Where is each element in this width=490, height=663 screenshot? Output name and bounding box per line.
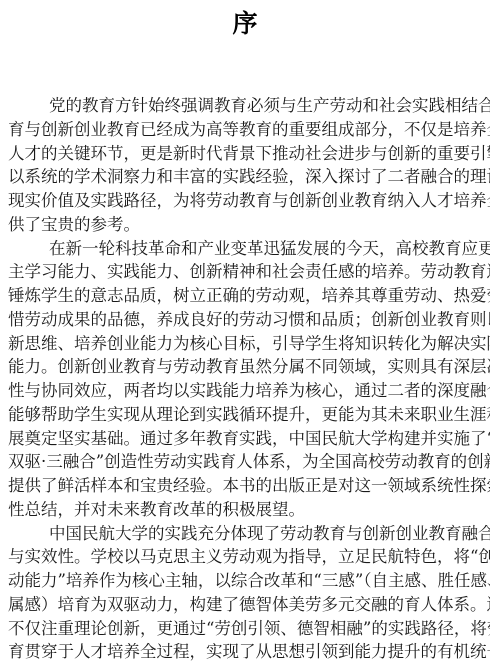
text-line: 党的教育方针始终强调教育必须与生产劳动和社会实践相结合。劳动教 (8, 94, 484, 118)
text-line: 能够帮助学生实现从理论到实践循环提升，更能为其未来职业生涯和社会发 (8, 403, 484, 427)
text-line: 不仅注重理论创新，更通过“劳创引领、德智相融”的实践路径，将劳动教 (8, 617, 484, 641)
text-line: 主学习能力、实践能力、创新精神和社会责任感的培养。劳动教育通过实践 (8, 260, 484, 284)
paragraph-1: 党的教育方针始终强调教育必须与生产劳动和社会实践相结合。劳动教 育与创新创业教育… (8, 94, 484, 237)
text-line: 以系统的学术洞察力和丰富的实践经验，深入探讨了二者融合的理论基础、 (8, 165, 484, 189)
paragraph-2: 在新一轮科技革命和产业变革迅猛发展的今天，高校教育应更加注重自 主学习能力、实践… (8, 237, 484, 522)
document-body: 党的教育方针始终强调教育必须与生产劳动和社会实践相结合。劳动教 育与创新创业教育… (8, 94, 484, 663)
text-line: 双驱·三融合”创造性劳动实践育人体系，为全国高校劳动教育的创新实践 (8, 450, 484, 474)
text-line: 供了宝贵的参考。 (8, 213, 484, 237)
text-line: 现实价值及实践路径，为将劳动教育与创新创业教育纳入人才培养全过程提 (8, 189, 484, 213)
text-line: 性总结，并对未来教育改革的积极展望。 (8, 498, 484, 522)
text-line: 育贯穿于人才培养全过程，实现了从思想引领到能力提升的有机统一。 (8, 640, 484, 663)
text-line: 新思维、培养创业能力为核心目标，引导学生将知识转化为解决实际问题的 (8, 332, 484, 356)
document-page: 序 党的教育方针始终强调教育必须与生产劳动和社会实践相结合。劳动教 育与创新创业… (0, 0, 490, 663)
text-line: 育与创新创业教育已经成为高等教育的重要组成部分，不仅是培养全面发展 (8, 118, 484, 142)
text-line: 动能力”培养作为核心主轴，以综合改革和“三感”（自主感、胜任感、归 (8, 569, 484, 593)
text-line: 展奠定坚实基础。通过多年教育实践，中国民航大学构建并实施了“一轴· (8, 427, 484, 451)
text-line: 锤炼学生的意志品质，树立正确的劳动观，培养其尊重劳动、热爱劳动、珍 (8, 284, 484, 308)
text-line: 人才的关键环节，更是新时代背景下推动社会进步与创新的重要引擎。本书 (8, 142, 484, 166)
text-line: 与实效性。学校以马克思主义劳动观为指导，立足民航特色，将“创造性劳 (8, 545, 484, 569)
text-line: 提供了鲜活样本和宝贵经验。本书的出版正是对这一领域系统性探索的阶段 (8, 474, 484, 498)
page-title: 序 (0, 8, 490, 40)
text-line: 能力。创新创业教育与劳动教育虽然分属不同领域，实则具有深层次的互补 (8, 355, 484, 379)
text-line: 在新一轮科技革命和产业变革迅猛发展的今天，高校教育应更加注重自 (8, 237, 484, 261)
text-line: 中国民航大学的实践充分体现了劳动教育与创新创业教育融合的前瞻性 (8, 522, 484, 546)
text-line: 性与协同效应，两者均以实践能力培养为核心，通过二者的深度融合，不仅 (8, 379, 484, 403)
text-line: 惜劳动成果的品德，养成良好的劳动习惯和品质；创新创业教育则以激发创 (8, 308, 484, 332)
text-line: 属感）培育为双驱动力，构建了德智体美劳多元交融的育人体系。这一体系 (8, 593, 484, 617)
paragraph-3: 中国民航大学的实践充分体现了劳动教育与创新创业教育融合的前瞻性 与实效性。学校以… (8, 522, 484, 663)
